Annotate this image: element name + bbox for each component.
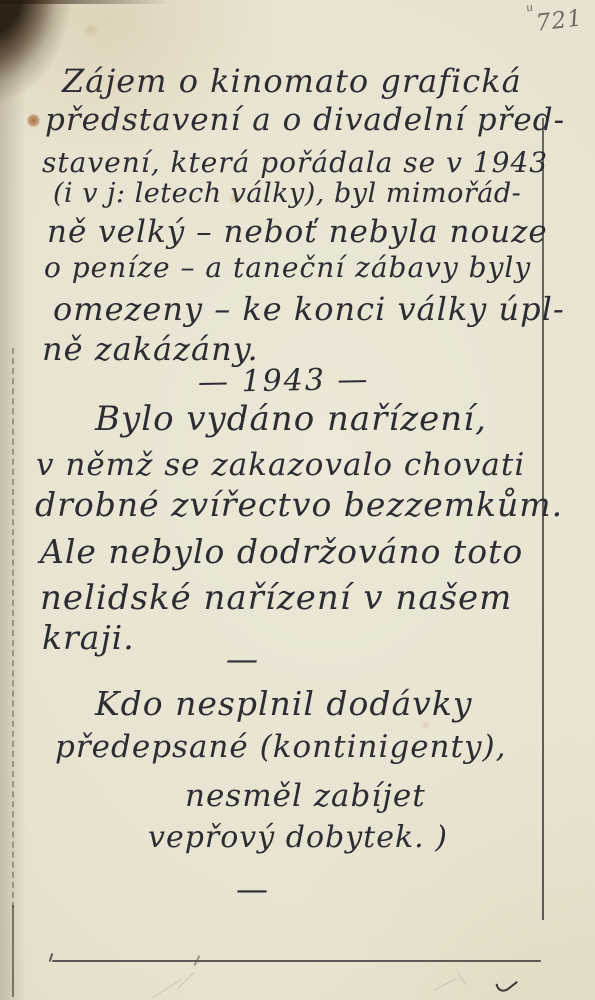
year-heading: — 1943 — <box>198 362 370 400</box>
foxing-spot <box>27 114 40 127</box>
handwritten-line: Ale nebylo dodržováno toto <box>40 532 523 571</box>
handwritten-line: (i v j: letech války), byl mimořád- <box>53 178 521 209</box>
section-separator-dash: — <box>226 640 259 678</box>
handwritten-line: ně zakázány. <box>42 330 259 368</box>
handwritten-line: v němž se zakazovalo chovati <box>36 447 525 483</box>
foxing-spot <box>82 24 100 37</box>
handwritten-line: představení a o divadelní před- <box>45 102 565 138</box>
handwritten-line: omezeny – ke konci války úpl- <box>53 290 565 328</box>
handwritten-line: drobné zvířectvo bezzemkům. <box>35 485 563 524</box>
manuscript-page: u 721 Zájem o kinomato grafická představ… <box>0 0 595 1000</box>
bottom-closing-rule <box>52 960 541 962</box>
section-separator-dash: — <box>236 870 269 908</box>
handwritten-line: předepsané (kontinigenty), <box>55 729 506 765</box>
handwritten-line: Zájem o kinomato grafická <box>62 62 522 100</box>
handwritten-line: Kdo nesplnil dodávky <box>95 684 472 723</box>
handwritten-line: nelidské nařízení v našem <box>40 578 512 618</box>
handwritten-line: kraji. <box>42 618 135 657</box>
handwritten-line: stavení, která pořádala se v 1943 <box>42 146 548 179</box>
pencil-scribble <box>458 972 467 984</box>
pencil-scribble <box>152 979 181 998</box>
left-margin-rule-solid <box>12 905 14 997</box>
pencil-scribble <box>433 978 456 991</box>
stray-pencil-mark: u <box>525 0 535 14</box>
handwritten-line: o peníze – a taneční zábavy byly <box>44 251 531 284</box>
checkmark-icon <box>494 978 519 999</box>
handwritten-line: Bylo vydáno nařízení, <box>95 399 487 439</box>
handwritten-line: vepřový dobytek. ) <box>148 820 448 855</box>
left-margin-rule-dashed <box>12 348 14 908</box>
handwritten-line: nesměl zabíjet <box>185 778 426 814</box>
handwritten-line: ně velký – neboť nebyla nouze <box>47 214 548 250</box>
page-number: 721 <box>535 5 585 37</box>
